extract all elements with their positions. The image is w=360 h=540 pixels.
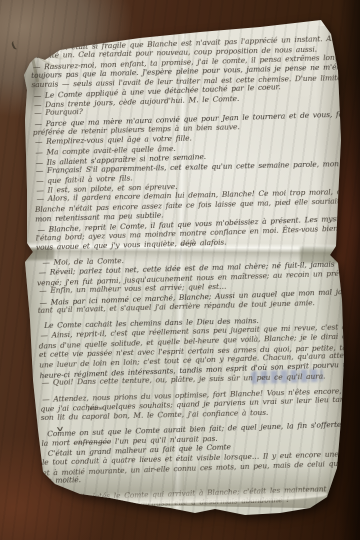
letter-sheet-wrapper: …pas plus fermée qu'une autre.Lorsqu'on … bbox=[0, 0, 360, 540]
handwritten-letter-sheet: …pas plus fermée qu'une autre.Lorsqu'on … bbox=[0, 0, 360, 540]
ink-blot-mark bbox=[39, 484, 49, 497]
handwriting-lines: …pas plus fermée qu'une autre.Lorsqu'on … bbox=[30, 24, 351, 518]
ink-blot-mark bbox=[47, 481, 50, 484]
wood-table-surface: …pas plus fermée qu'une autre.Lorsqu'on … bbox=[0, 0, 360, 540]
insertion-caret-mark: v bbox=[56, 425, 63, 433]
inserted-superscript-word: jeune bbox=[88, 406, 104, 413]
